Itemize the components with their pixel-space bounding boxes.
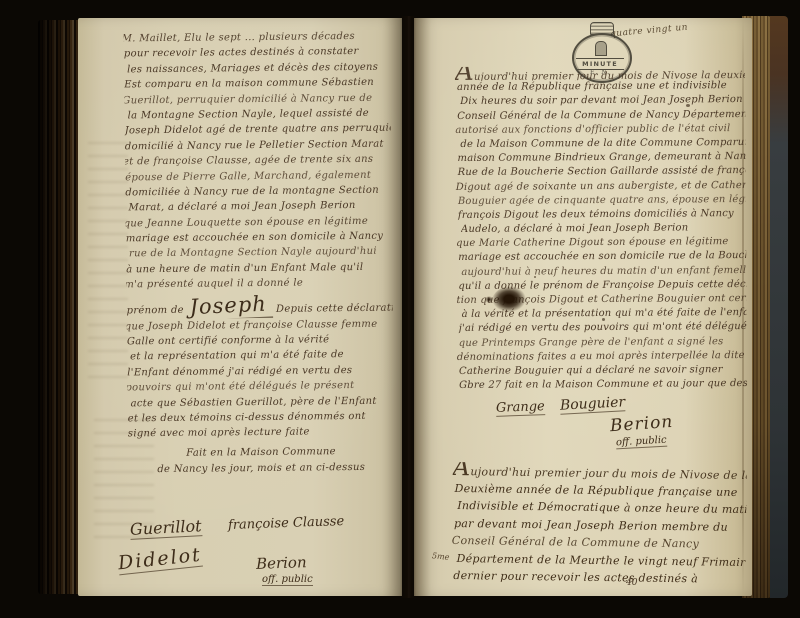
signature-berion-left: Berion xyxy=(256,553,307,573)
act-text-lines: M. Maillet, Elu le sept ... plusieurs dé… xyxy=(124,29,393,293)
book-gutter-shadow xyxy=(400,16,416,598)
handwritten-line: de Nancy les jour, mois et an ci-dessus xyxy=(128,459,394,478)
handwritten-line: m'a présenté auquel il a donné le xyxy=(124,275,392,293)
signature-grange: Grange xyxy=(496,399,545,417)
act1-text: Aujourd'hui premier jour du mois de Nivo… xyxy=(457,65,747,393)
handwritten-line: françois Digout les deux témoins domicil… xyxy=(458,207,746,223)
handwritten-line: signé avec moi après lecture faite xyxy=(128,424,394,442)
act2-margin-note: 5me xyxy=(432,551,450,562)
prenom-suffix: Depuis cette déclaration xyxy=(272,302,392,314)
page-marker: 40 xyxy=(626,578,637,588)
ink-speck xyxy=(686,104,690,107)
handwritten-line: pouvoirs qui m'ont été délégués le prése… xyxy=(127,378,394,396)
handwritten-line: Bouguier agée de cinquante quatre ans, é… xyxy=(458,193,746,209)
handwritten-line: Gbre 27 fait en la Maison Commune et au … xyxy=(459,377,747,393)
act-text-lines: que Joseph Didelot et françoise Clausse … xyxy=(127,316,394,442)
ink-speck xyxy=(534,276,536,278)
handwritten-line: rue de la Montagne Section Nayle aujourd… xyxy=(129,244,392,262)
prenom-prefix: prénom de xyxy=(127,304,188,316)
signature-didelot: Didelot xyxy=(117,544,203,576)
book-cover-edge xyxy=(770,16,788,598)
handwritten-line: Dix heures du soir par devant moi Jean J… xyxy=(460,93,745,109)
handwritten-line: épouse de Pierre Galle, Marchand, égalem… xyxy=(125,167,391,185)
act2-text: Aujourd'hui premier jour du mois de Nivo… xyxy=(453,462,747,589)
ink-bleed-through xyxy=(88,138,128,378)
handwritten-line: et les deux témoins ci-dessus dénommés o… xyxy=(128,409,394,427)
handwritten-line: Aujourd'hui premier jour du mois de Nivo… xyxy=(455,65,745,81)
signature-title-off-public-right: off. public xyxy=(616,435,667,450)
left-page-edges xyxy=(38,20,78,594)
handwritten-line: que Joseph Didelot et françoise Clausse … xyxy=(127,316,393,334)
right-page: quatre vingt un MINUTE E. N. Aujourd'hui… xyxy=(414,18,752,596)
signature-title-off-public-left: off. public xyxy=(262,574,313,586)
handwritten-line: que Marie Catherine Digout son épouse en… xyxy=(456,235,746,251)
ink-speck xyxy=(602,318,605,321)
handwritten-line: M. Maillet, Elu le sept ... plusieurs dé… xyxy=(124,29,390,47)
signature-berion-right: Berion xyxy=(609,412,674,436)
left-page-text: M. Maillet, Elu le sept ... plusieurs dé… xyxy=(124,29,395,479)
signature-guerillot: Guerillot xyxy=(130,516,203,540)
stamp-figure-icon xyxy=(595,41,607,56)
handwritten-line: Guerillot, perruquier domicilié à Nancy … xyxy=(124,90,391,108)
closing-formula: Fait en la Maison Communede Nancy les jo… xyxy=(128,443,394,478)
handwritten-line: que Jeanne Louquette son épouse en légit… xyxy=(124,213,392,231)
handwritten-line: aujourd'hui à neuf heures du matin d'un … xyxy=(461,264,746,280)
prenom-line: prénom de Joseph Depuis cette déclaratio… xyxy=(126,290,392,319)
handwritten-line: dénominations faites a eu moi après inte… xyxy=(457,349,747,365)
child-name-joseph: Joseph xyxy=(187,290,273,319)
handwritten-line: autorisé aux fonctions d'officier public… xyxy=(455,122,745,138)
left-page: M. Maillet, Elu le sept ... plusieurs dé… xyxy=(78,18,402,596)
register-book: M. Maillet, Elu le sept ... plusieurs dé… xyxy=(38,16,788,598)
signature-francoise-clausse: françoise Clausse xyxy=(228,514,345,533)
signature-bouguier: Bouguier xyxy=(560,394,626,414)
